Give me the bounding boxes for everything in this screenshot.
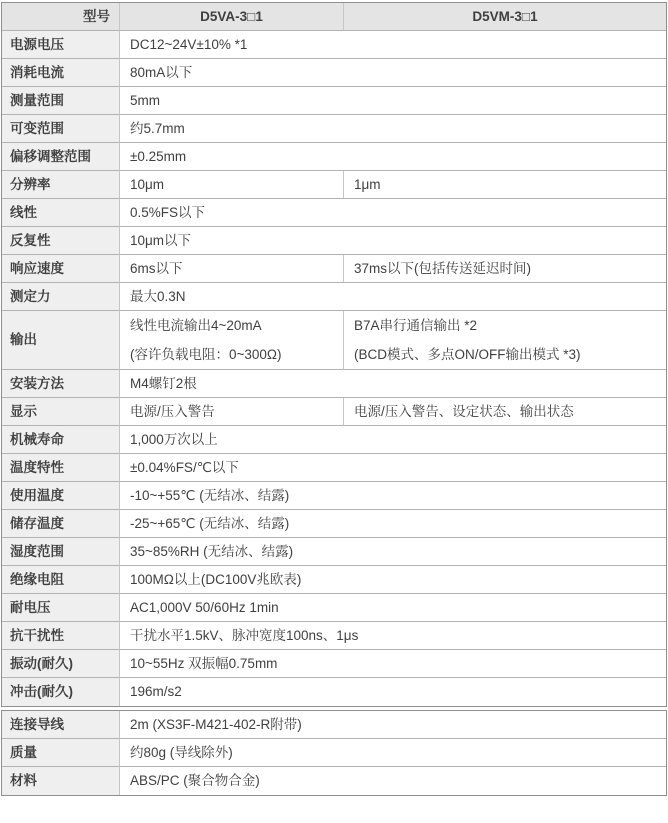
table-row: 温度特性±0.04%FS/℃以下 — [2, 454, 666, 482]
spec-row-label: 反复性 — [2, 227, 120, 255]
spec-row-label: 安装方法 — [2, 370, 120, 398]
spec-value-span: 196m/s2 — [120, 678, 666, 706]
spec-row-label: 材料 — [2, 767, 120, 795]
spec-table-main: 型号 D5VA-3□1 D5VM-3□1 电源电压DC12~24V±10% *1… — [1, 2, 667, 707]
spec-value-span: -10~+55℃ (无结冰、结露) — [120, 482, 666, 510]
spec-table-body: 电源电压DC12~24V±10% *1消耗电流80mA以下测量范围5mm可变范围… — [2, 31, 666, 706]
spec-row-label: 输出 — [2, 311, 120, 370]
spec-table2-body: 连接导线2m (XS3F-M421-402-R附带)质量约80g (导线除外)材… — [2, 711, 666, 795]
table-row: 冲击(耐久)196m/s2 — [2, 678, 666, 706]
table-row: 输出线性电流输出4~20mA(容许负载电阻：0~300Ω)B7A串行通信输出 *… — [2, 311, 666, 370]
table-row: 振动(耐久)10~55Hz 双振幅0.75mm — [2, 650, 666, 678]
spec-row-label: 抗干扰性 — [2, 622, 120, 650]
spec-value-line: B7A串行通信输出 *2 — [354, 311, 656, 340]
table-row: 可变范围约5.7mm — [2, 115, 666, 143]
table-row: 电源电压DC12~24V±10% *1 — [2, 31, 666, 59]
spec-value-span: 1,000万次以上 — [120, 426, 666, 454]
spec-row-label: 电源电压 — [2, 31, 120, 59]
spec-value-span: 100MΩ以上(DC100V兆欧表) — [120, 566, 666, 594]
spec-value-col1: 电源/压入警告 — [120, 398, 344, 426]
spec-value-span: 5mm — [120, 87, 666, 115]
spec-value-col2: 1μm — [344, 171, 666, 199]
spec-row-label: 测定力 — [2, 283, 120, 311]
spec-row-label: 分辨率 — [2, 171, 120, 199]
spec-value-span: 最大0.3N — [120, 283, 666, 311]
table-row: 湿度范围35~85%RH (无结冰、结露) — [2, 538, 666, 566]
spec-row-label: 使用温度 — [2, 482, 120, 510]
spec-value-span: 约5.7mm — [120, 115, 666, 143]
header-row: 型号 D5VA-3□1 D5VM-3□1 — [2, 3, 666, 31]
spec-value-col2: 电源/压入警告、设定状态、输出状态 — [344, 398, 666, 426]
spec-value-span: 2m (XS3F-M421-402-R附带) — [120, 711, 666, 739]
spec-row-label: 绝缘电阻 — [2, 566, 120, 594]
spec-value-span: 10μm以下 — [120, 227, 666, 255]
spec-row-label: 储存温度 — [2, 510, 120, 538]
spec-value-span: 80mA以下 — [120, 59, 666, 87]
table-row: 储存温度-25~+65℃ (无结冰、结露) — [2, 510, 666, 538]
spec-row-label: 冲击(耐久) — [2, 678, 120, 706]
table-row: 耐电压AC1,000V 50/60Hz 1min — [2, 594, 666, 622]
table-row: 使用温度-10~+55℃ (无结冰、结露) — [2, 482, 666, 510]
spec-value-span: DC12~24V±10% *1 — [120, 31, 666, 59]
table-row: 消耗电流80mA以下 — [2, 59, 666, 87]
spec-value-span: 约80g (导线除外) — [120, 739, 666, 767]
spec-row-label: 振动(耐久) — [2, 650, 120, 678]
spec-value-col1: 线性电流输出4~20mA(容许负载电阻：0~300Ω) — [120, 311, 344, 370]
spec-row-label: 湿度范围 — [2, 538, 120, 566]
spec-value-span: AC1,000V 50/60Hz 1min — [120, 594, 666, 622]
spec-value-span: ±0.04%FS/℃以下 — [120, 454, 666, 482]
spec-row-label: 消耗电流 — [2, 59, 120, 87]
header-model-d5va: D5VA-3□1 — [120, 3, 344, 31]
spec-table-secondary: 连接导线2m (XS3F-M421-402-R附带)质量约80g (导线除外)材… — [1, 710, 667, 796]
spec-value-line: 线性电流输出4~20mA — [130, 311, 333, 340]
spec-value-span: M4螺钉2根 — [120, 370, 666, 398]
spec-value-col2: 37ms以下(包括传送延迟时间) — [344, 255, 666, 283]
table-row: 抗干扰性干扰水平1.5kV、脉冲宽度100ns、1μs — [2, 622, 666, 650]
spec-value-span: -25~+65℃ (无结冰、结露) — [120, 510, 666, 538]
spec-row-label: 机械寿命 — [2, 426, 120, 454]
table-row: 显示电源/压入警告电源/压入警告、设定状态、输出状态 — [2, 398, 666, 426]
table-row: 绝缘电阻100MΩ以上(DC100V兆欧表) — [2, 566, 666, 594]
spec-row-label: 线性 — [2, 199, 120, 227]
header-model-d5vm: D5VM-3□1 — [344, 3, 666, 31]
table-row: 安装方法M4螺钉2根 — [2, 370, 666, 398]
table-row: 响应速度6ms以下37ms以下(包括传送延迟时间) — [2, 255, 666, 283]
spec-value-span: 35~85%RH (无结冰、结露) — [120, 538, 666, 566]
spec-value-line: (BCD模式、多点ON/OFF输出模式 *3) — [354, 340, 656, 369]
spec-row-label: 可变范围 — [2, 115, 120, 143]
header-model-label: 型号 — [2, 3, 120, 31]
spec-row-label: 响应速度 — [2, 255, 120, 283]
spec-value-span: ±0.25mm — [120, 143, 666, 171]
table-row: 材料ABS/PC (聚合物合金) — [2, 767, 666, 795]
spec-value-col2: B7A串行通信输出 *2(BCD模式、多点ON/OFF输出模式 *3) — [344, 311, 666, 370]
spec-value-col1: 6ms以下 — [120, 255, 344, 283]
spec-value-span: 10~55Hz 双振幅0.75mm — [120, 650, 666, 678]
spec-row-label: 测量范围 — [2, 87, 120, 115]
table-row: 连接导线2m (XS3F-M421-402-R附带) — [2, 711, 666, 739]
spec-row-label: 质量 — [2, 739, 120, 767]
spec-value-line: (容许负载电阻：0~300Ω) — [130, 340, 333, 369]
table-row: 分辨率10μm1μm — [2, 171, 666, 199]
spec-row-label: 显示 — [2, 398, 120, 426]
spec-value-col1: 10μm — [120, 171, 344, 199]
table-row: 测量范围5mm — [2, 87, 666, 115]
table-row: 机械寿命1,000万次以上 — [2, 426, 666, 454]
spec-value-span: 0.5%FS以下 — [120, 199, 666, 227]
spec-value-span: 干扰水平1.5kV、脉冲宽度100ns、1μs — [120, 622, 666, 650]
spec-row-label: 温度特性 — [2, 454, 120, 482]
spec-row-label: 连接导线 — [2, 711, 120, 739]
table-row: 质量约80g (导线除外) — [2, 739, 666, 767]
table-row: 偏移调整范围±0.25mm — [2, 143, 666, 171]
table-row: 线性0.5%FS以下 — [2, 199, 666, 227]
spec-row-label: 耐电压 — [2, 594, 120, 622]
table-row: 测定力最大0.3N — [2, 283, 666, 311]
spec-value-span: ABS/PC (聚合物合金) — [120, 767, 666, 795]
table-row: 反复性10μm以下 — [2, 227, 666, 255]
spec-row-label: 偏移调整范围 — [2, 143, 120, 171]
spec-page: 型号 D5VA-3□1 D5VM-3□1 电源电压DC12~24V±10% *1… — [0, 0, 668, 797]
